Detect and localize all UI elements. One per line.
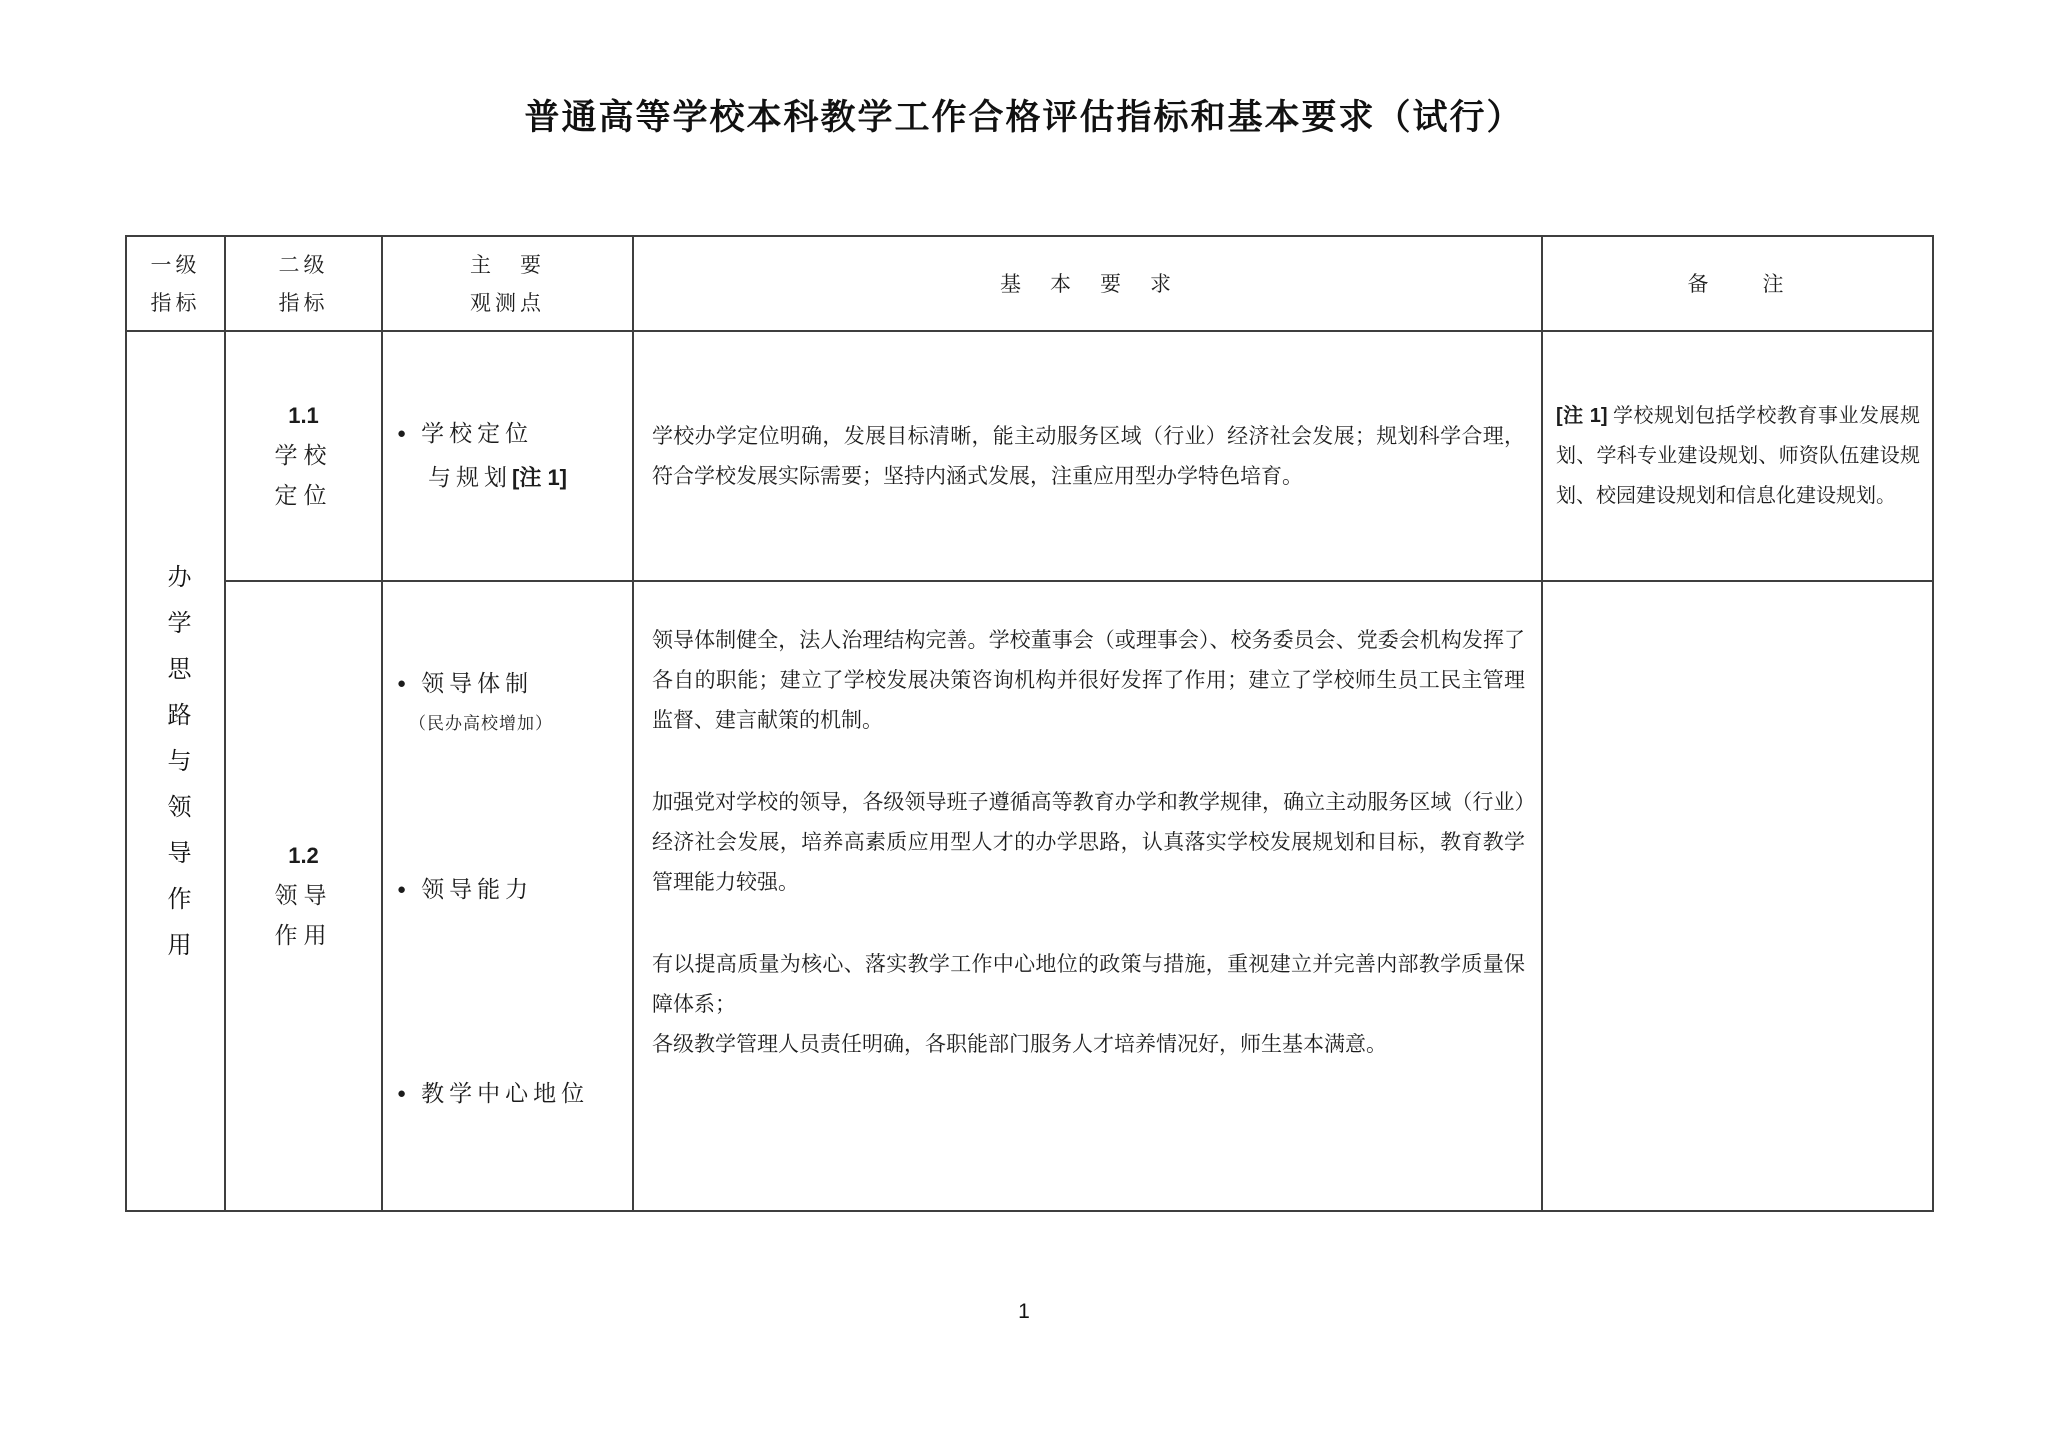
cell-level2-indicator-1-2: 1.2 领导 作用 <box>226 582 383 1210</box>
cell-level2-indicator-1-1: 1.1 学校 定位 <box>226 332 383 582</box>
cell-basic-requirements-1-2: 领导体制健全，法人治理结构完善。学校董事会（或理事会）、校务委员会、党委会机构发… <box>634 582 1543 1210</box>
level1-indicator-text: 办学思路与领导作用 <box>127 564 225 978</box>
cell-level1-indicator: 办学思路与领导作用 <box>127 332 226 1210</box>
evaluation-indicator-table: 一级 指标 二级 指标 主 要 观测点 基 本 要 求 备 注 办学思路与领导作… <box>125 235 1934 1212</box>
note-reference: [注 1] <box>512 465 567 490</box>
document-title: 普通高等学校本科教学工作合格评估指标和基本要求（试行） <box>0 90 2048 140</box>
level2-number: 1.2 <box>288 836 319 876</box>
observation-label-line2: 与规划[注 1] <box>397 456 632 500</box>
observation-label: 领导体制 <box>421 662 533 706</box>
level2-name: 领导 作用 <box>275 876 333 956</box>
header-remarks: 备 注 <box>1543 237 1932 332</box>
header-level2-indicator: 二级 指标 <box>226 237 383 332</box>
observation-label-text: 与规划 <box>428 465 512 490</box>
remark-paragraph: [注 1] 学校规划包括学校教育事业发展规划、学科专业建设规划、师资队伍建设规划… <box>1556 396 1920 516</box>
cell-remarks-1-1: [注 1] 学校规划包括学校教育事业发展规划、学科专业建设规划、师资队伍建设规划… <box>1543 332 1932 582</box>
observation-label: 领导能力 <box>421 868 533 912</box>
observation-label: 学校定位 <box>421 412 533 456</box>
header-observation-points: 主 要 观测点 <box>383 237 634 332</box>
header-level1-indicator: 一级 指标 <box>127 237 226 332</box>
cell-remarks-1-2 <box>1543 582 1932 1210</box>
requirement-paragraph: 学校办学定位明确，发展目标清晰，能主动服务区域（行业）经济社会发展；规划科学合理… <box>652 416 1525 496</box>
requirement-paragraph: 加强党对学校的领导，各级领导班子遵循高等教育办学和教学规律，确立主动服务区域（行… <box>652 782 1525 902</box>
bullet-icon: ● <box>397 427 406 442</box>
level2-name: 学校 定位 <box>275 436 333 516</box>
observation-item: ● 领导体制 （民办高校增加） <box>397 662 626 742</box>
cell-observation-points-1-2: ● 领导体制 （民办高校增加） ● 领导能力 ● 教学中心地位 <box>383 582 634 1210</box>
observation-item: ● 学校定位 与规划[注 1] <box>397 412 632 500</box>
observation-item: ● 教学中心地位 <box>397 1072 626 1116</box>
bullet-icon: ● <box>397 677 406 692</box>
header-basic-requirements: 基 本 要 求 <box>634 237 1543 332</box>
observation-subnote: （民办高校增加） <box>397 706 626 742</box>
observation-item: ● 领导能力 <box>397 868 626 912</box>
remark-text: 学校规划包括学校教育事业发展规划、学科专业建设规划、师资队伍建设规划、校园建设规… <box>1556 405 1920 507</box>
bullet-icon: ● <box>397 1087 406 1102</box>
level2-number: 1.1 <box>288 396 319 436</box>
requirement-paragraph: 领导体制健全，法人治理结构完善。学校董事会（或理事会）、校务委员会、党委会机构发… <box>652 620 1525 740</box>
observation-label: 教学中心地位 <box>421 1072 589 1116</box>
bullet-icon: ● <box>397 883 406 898</box>
requirement-paragraph: 有以提高质量为核心、落实教学工作中心地位的政策与措施，重视建立并完善内部教学质量… <box>652 944 1525 1064</box>
cell-observation-points-1-1: ● 学校定位 与规划[注 1] <box>383 332 634 582</box>
page-number: 1 <box>0 1300 2048 1324</box>
note-reference: [注 1] <box>1556 405 1608 427</box>
cell-basic-requirements-1-1: 学校办学定位明确，发展目标清晰，能主动服务区域（行业）经济社会发展；规划科学合理… <box>634 332 1543 582</box>
document-page: { "title": "普通高等学校本科教学工作合格评估指标和基本要求（试行）"… <box>0 0 2048 1447</box>
